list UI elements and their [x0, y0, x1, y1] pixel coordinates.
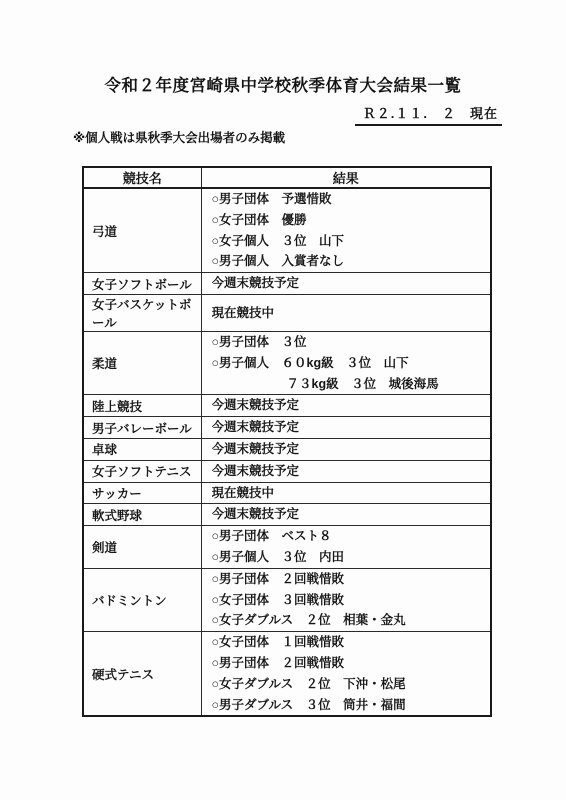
result-line: 現在競技中 — [212, 483, 491, 504]
result-line: ○男子個人 ６０kg級 ３位 山下 — [212, 353, 491, 374]
result-line: ○女子ダブルス ２位 下沖・松尾 — [212, 674, 491, 695]
table-row: 硬式テニス○女子団体 １回戦惜敗○男子団体 ２回戦惜敗○女子ダブルス ２位 下沖… — [83, 632, 491, 717]
result-cell: ○男子団体 予選惜敗○女子団体 優勝○女子個人 ３位 山下○男子個人 入賞者なし — [201, 188, 491, 273]
note-individual-events: ※個人戦は県秋季大会出場者のみ掲載 — [73, 128, 285, 146]
header-result: 結果 — [201, 167, 491, 188]
table-row: 陸上競技今週末競技予定 — [83, 395, 491, 417]
result-cell: ○男子団体 ３位○男子個人 ６０kg級 ３位 山下 ７３kg級 ３位 城後海馬 — [201, 331, 491, 394]
table-row: 女子ソフトボール今週末競技予定 — [83, 273, 491, 295]
result-line: 今週末競技予定 — [212, 439, 491, 460]
table-header-row: 競技名 結果 — [83, 167, 491, 188]
result-line: ○男子個人 ３位 内田 — [212, 547, 491, 568]
result-line: 今週末競技予定 — [212, 461, 491, 482]
result-cell: 今週末競技予定 — [201, 273, 491, 295]
result-line: ○男子個人 入賞者なし — [212, 251, 491, 272]
result-line: ○男子ダブルス ３位 筒井・福間 — [212, 695, 491, 716]
result-cell: 現在競技中 — [201, 294, 491, 331]
result-line: 今週末競技予定 — [212, 504, 491, 525]
event-name-cell: 女子ソフトテニス — [83, 460, 201, 482]
result-cell: ○女子団体 １回戦惜敗○男子団体 ２回戦惜敗○女子ダブルス ２位 下沖・松尾○男… — [201, 632, 491, 717]
results-table: 競技名 結果 弓道○男子団体 予選惜敗○女子団体 優勝○女子個人 ３位 山下○男… — [82, 166, 492, 717]
table-row: 剣道○男子団体 ベスト８○男子個人 ３位 内田 — [83, 526, 491, 569]
header-event-name: 競技名 — [83, 167, 201, 188]
result-line: 今週末競技予定 — [212, 417, 491, 438]
result-cell: ○男子団体 ２回戦惜敗○女子団体 ３回戦惜敗○女子ダブルス ２位 相葉・金丸 — [201, 568, 491, 631]
result-line: 現在競技中 — [212, 303, 491, 324]
table-row: 女子バスケットボール現在競技中 — [83, 294, 491, 331]
result-line: ○男子団体 ２回戦惜敗 — [212, 653, 491, 674]
result-line: ○男子団体 ２回戦惜敗 — [212, 569, 491, 590]
result-line: ７３kg級 ３位 城後海馬 — [212, 374, 491, 395]
scanned-document-page: 令和２年度宮崎県中学校秋季体育大会結果一覧 Ｒ２.１１. ２ 現在 ※個人戦は県… — [0, 0, 566, 800]
table-row: 軟式野球今週末競技予定 — [83, 504, 491, 526]
table-row: 男子バレーボール今週末競技予定 — [83, 417, 491, 439]
result-line: 今週末競技予定 — [212, 395, 491, 416]
table-row: 柔道○男子団体 ３位○男子個人 ６０kg級 ３位 山下 ７３kg級 ３位 城後海… — [83, 331, 491, 394]
result-line: ○女子ダブルス ２位 相葉・金丸 — [212, 610, 491, 631]
result-line: ○女子団体 １回戦惜敗 — [212, 632, 491, 653]
event-name-cell: 陸上競技 — [83, 395, 201, 417]
table-row: 女子ソフトテニス今週末競技予定 — [83, 460, 491, 482]
result-cell: 現在競技中 — [201, 482, 491, 504]
result-cell: 今週末競技予定 — [201, 417, 491, 439]
result-line: 今週末競技予定 — [212, 273, 491, 294]
event-name-cell: 弓道 — [83, 188, 201, 273]
result-line: ○女子団体 ３回戦惜敗 — [212, 590, 491, 611]
result-line: ○男子団体 ベスト８ — [212, 526, 491, 547]
as-of-date: Ｒ２.１１. ２ 現在 — [355, 103, 502, 126]
result-line: ○女子団体 優勝 — [212, 210, 491, 231]
event-name-cell: サッカー — [83, 482, 201, 504]
result-cell: 今週末競技予定 — [201, 438, 491, 460]
document-title: 令和２年度宮崎県中学校秋季体育大会結果一覧 — [0, 72, 566, 96]
result-cell: 今週末競技予定 — [201, 504, 491, 526]
event-name-cell: 剣道 — [83, 526, 201, 569]
event-name-cell: 硬式テニス — [83, 632, 201, 717]
result-line: ○女子個人 ３位 山下 — [212, 231, 491, 252]
event-name-cell: 女子バスケットボール — [83, 294, 201, 331]
table-row: 卓球今週末競技予定 — [83, 438, 491, 460]
event-name-cell: 柔道 — [83, 331, 201, 394]
table-row: バドミントン○男子団体 ２回戦惜敗○女子団体 ３回戦惜敗○女子ダブルス ２位 相… — [83, 568, 491, 631]
result-cell: 今週末競技予定 — [201, 395, 491, 417]
event-name-cell: 男子バレーボール — [83, 417, 201, 439]
result-line: ○男子団体 ３位 — [212, 332, 491, 353]
event-name-cell: バドミントン — [83, 568, 201, 631]
table-row: 弓道○男子団体 予選惜敗○女子団体 優勝○女子個人 ３位 山下○男子個人 入賞者… — [83, 188, 491, 273]
event-name-cell: 軟式野球 — [83, 504, 201, 526]
result-cell: ○男子団体 ベスト８○男子個人 ３位 内田 — [201, 526, 491, 569]
result-cell: 今週末競技予定 — [201, 460, 491, 482]
result-line: ○男子団体 予選惜敗 — [212, 189, 491, 210]
table-row: サッカー現在競技中 — [83, 482, 491, 504]
event-name-cell: 卓球 — [83, 438, 201, 460]
event-name-cell: 女子ソフトボール — [83, 273, 201, 295]
